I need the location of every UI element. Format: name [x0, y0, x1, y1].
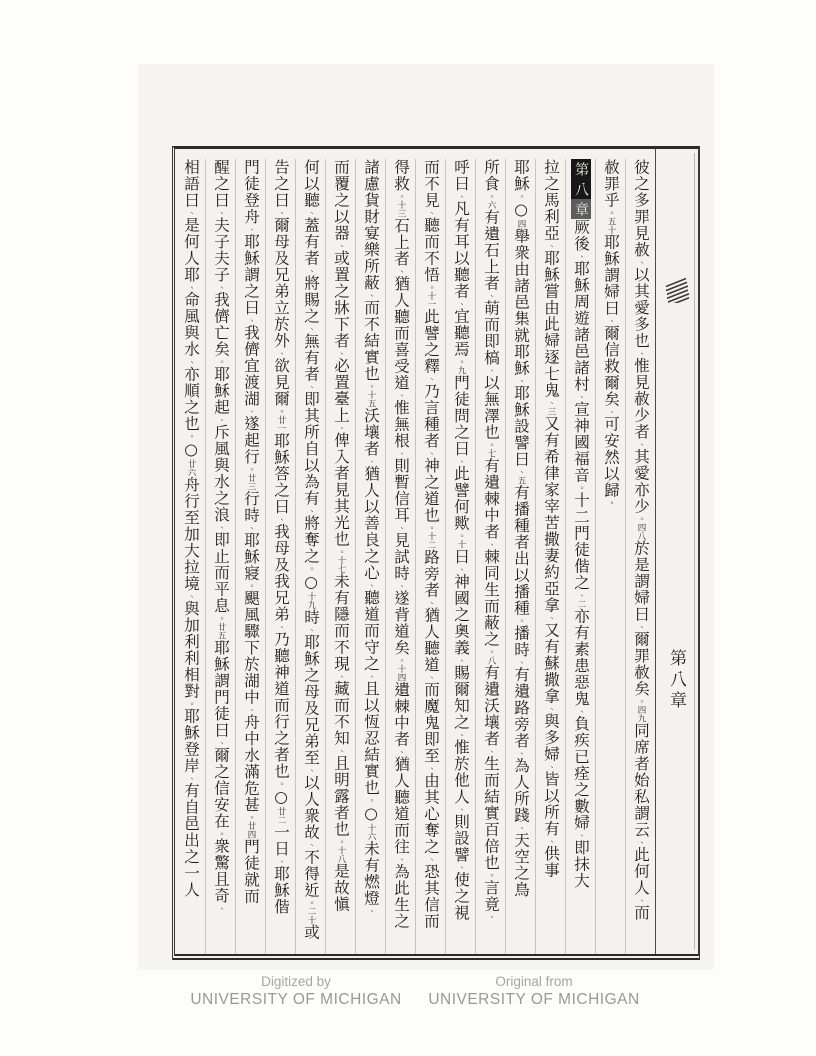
footer-original: Original from UNIVERSITY OF MICHIGAN — [414, 973, 654, 1009]
punctuation-mark: 、 — [516, 658, 526, 667]
right-margin-strip: 第八章 — [655, 149, 698, 954]
text-column: 門徒登舟、耶穌謂之曰、我儕宜渡湖、遂起行。廿三行時、耶穌寢。颶風驟下於湖中、舟中… — [235, 159, 265, 955]
punctuation-mark: 、 — [306, 841, 316, 850]
punctuation-mark: 、 — [216, 523, 226, 532]
punctuation-mark: 、 — [276, 209, 286, 218]
punctuation-mark: 。 — [396, 192, 406, 201]
verse-number: 五 — [516, 476, 526, 485]
punctuation-mark: 、 — [576, 252, 586, 261]
punctuation-mark: 、 — [456, 192, 466, 201]
footer-digitized: Digitized by UNIVERSITY OF MICHIGAN — [176, 973, 416, 1009]
hatch-mark-icon — [664, 277, 690, 307]
punctuation-mark: 、 — [336, 349, 346, 358]
punctuation-mark: 。 — [636, 697, 646, 706]
punctuation-mark: 、 — [366, 457, 376, 466]
punctuation-mark: 。 — [576, 484, 586, 493]
punctuation-mark: 。 — [456, 358, 466, 367]
verse-number: 十五 — [366, 391, 376, 408]
punctuation-mark: 、 — [216, 416, 226, 425]
punctuation-mark: 、 — [276, 857, 286, 866]
punctuation-mark: 、 — [546, 242, 556, 251]
punctuation-mark: 。 — [366, 796, 376, 805]
punctuation-mark: 、 — [546, 614, 556, 623]
punctuation-mark: 、 — [216, 904, 226, 913]
punctuation-mark: 。 — [216, 614, 226, 623]
punctuation-mark: 、 — [426, 449, 436, 458]
punctuation-mark: 、 — [396, 524, 406, 533]
punctuation-mark: 、 — [606, 317, 616, 326]
punctuation-mark: 、 — [396, 449, 406, 458]
punctuation-mark: 、 — [426, 673, 436, 682]
page-text-frame: 彼之多罪見赦、以其愛多也、惟見赦少者、其愛亦少。四八於是謂婦曰、爾罪赦矣。四九同… — [172, 146, 700, 960]
punctuation-mark: 、 — [426, 209, 436, 218]
punctuation-mark: 、 — [396, 855, 406, 864]
punctuation-mark: 、 — [426, 375, 436, 384]
text-column: 赦罪乎。五十耶穌謂婦曰、爾信救爾矣、可安然以歸。 — [595, 159, 625, 955]
text-column: 第八章厥後、耶穌周遊諸邑諸村、宣神國福音。十二門徒偕之、二亦有素患惡鬼、負疾已痊… — [565, 159, 595, 955]
punctuation-mark: 、 — [216, 739, 226, 748]
verse-number: 廿一 — [276, 416, 286, 433]
punctuation-mark: 。 — [276, 780, 286, 789]
punctuation-mark: 。 — [336, 838, 346, 847]
punctuation-mark: 。 — [516, 617, 526, 626]
punctuation-mark: 、 — [636, 349, 646, 358]
punctuation-mark: 、 — [546, 837, 556, 846]
punctuation-mark: 、 — [336, 242, 346, 251]
punctuation-mark: 、 — [306, 325, 316, 334]
punctuation-mark: 、 — [366, 581, 376, 590]
punctuation-mark: 。 — [186, 432, 196, 441]
punctuation-mark: 。 — [306, 899, 316, 908]
verse-number: 五十 — [606, 217, 616, 234]
punctuation-mark: 、 — [246, 407, 256, 416]
punctuation-mark: 。 — [426, 283, 436, 292]
chapter-heading-inverted: 八 — [571, 179, 591, 199]
punctuation-mark: 、 — [606, 408, 616, 417]
verse-number: 廿三 — [246, 474, 256, 491]
text-column: 拉之馬利亞、耶穌嘗由此婦逐七鬼、三又有希律家宰苦撒妻約亞拿、又有蘇撒拿、與多婦、… — [535, 159, 565, 955]
punctuation-mark: 、 — [366, 907, 376, 916]
punctuation-mark: 。 — [456, 532, 466, 541]
punctuation-mark: 、 — [636, 440, 646, 449]
punctuation-mark: 。 — [486, 871, 496, 880]
verse-number: 廿六 — [186, 460, 196, 477]
punctuation-mark: 、 — [396, 748, 406, 757]
punctuation-mark: 。 — [186, 700, 196, 709]
punctuation-mark: 、 — [516, 468, 526, 477]
punctuation-mark: 、 — [456, 863, 466, 872]
punctuation-mark: 。 — [486, 192, 496, 201]
punctuation-mark: 、 — [636, 838, 646, 847]
verse-number: 四九 — [636, 706, 646, 723]
punctuation-mark: 、 — [546, 705, 556, 714]
punctuation-mark: 。 — [276, 407, 286, 416]
verse-number: 二 — [576, 600, 586, 609]
verse-number: 十四 — [396, 665, 406, 682]
punctuation-mark: 。 — [486, 648, 496, 657]
verse-number: 三 — [546, 407, 556, 416]
punctuation-mark: 、 — [636, 623, 646, 632]
punctuation-mark: 。 — [246, 465, 256, 474]
punctuation-mark: 、 — [186, 209, 196, 218]
text-block: 彼之多罪見赦、以其愛多也、惟見赦少者、其愛亦少。四八於是謂婦曰、爾罪赦矣。四九同… — [176, 159, 655, 955]
punctuation-mark: 、 — [246, 524, 256, 533]
text-column: 告之曰、爾母及兄弟立於外、欲見爾。廿一耶穌答之曰、我母及我兄弟、乃聽神道而行之者… — [265, 159, 295, 955]
punctuation-mark: 。 — [486, 441, 496, 450]
punctuation-mark: 、 — [186, 592, 196, 601]
punctuation-mark: 、 — [306, 209, 316, 218]
punctuation-mark: 、 — [486, 913, 496, 922]
verse-number: 廿五 — [216, 623, 226, 640]
punctuation-mark: 、 — [576, 393, 586, 402]
punctuation-mark: 、 — [426, 764, 436, 773]
verse-number: 六 — [486, 201, 496, 210]
punctuation-mark: 。 — [396, 656, 406, 665]
text-column: 而不見、聽而不悟。十一此譬之釋、乃言種者、神之道也。十二路旁者、猶人聽道、而魔鬼… — [415, 159, 445, 955]
punctuation-mark: 、 — [546, 399, 556, 408]
margin-chapter-label: 第八章 — [664, 649, 689, 712]
text-column: 所食。六有遺石上者、萌而即槁、以無澤也。七有遺棘中者、棘同生而蔽之。八有遺沃壤者… — [475, 159, 505, 955]
punctuation-mark: 。 — [216, 830, 226, 839]
punctuation-mark: 。 — [636, 515, 646, 524]
punctuation-mark: 、 — [276, 349, 286, 358]
punctuation-mark: 、 — [306, 383, 316, 392]
text-column: 諸慮貨財宴樂所蔽、而不結實也。十五沃壤者、猶人以善良之心、聽道而守之、且以恆忍結… — [355, 159, 385, 955]
text-column: 得救。十三石上者、猶人聽而喜受道、惟無根、則暫信耳、見試時、遂背道矣。十四遺棘中… — [385, 159, 415, 955]
punctuation-mark: 、 — [306, 626, 316, 635]
punctuation-mark: 、 — [636, 896, 646, 905]
punctuation-mark: 、 — [246, 225, 256, 234]
verse-number: 十三 — [396, 201, 406, 218]
punctuation-mark: 、 — [516, 824, 526, 833]
punctuation-mark: 。 — [336, 548, 346, 557]
punctuation-mark: 、 — [456, 731, 466, 740]
punctuation-mark: 、 — [456, 300, 466, 309]
footer-digitized-by: Digitized by — [176, 973, 416, 990]
punctuation-mark: 、 — [216, 283, 226, 292]
punctuation-mark: 、 — [576, 591, 586, 600]
punctuation-mark: 、 — [456, 805, 466, 814]
verse-number: 二十 — [306, 907, 316, 924]
verse-number: 八 — [486, 656, 496, 665]
text-column: 醒之曰、夫子夫子、我儕亡矣。耶穌起、斥風與水之浪、即止而平息。廿五耶穌謂門徒曰、… — [205, 159, 235, 955]
punctuation-mark: 、 — [246, 316, 256, 325]
punctuation-mark: 、 — [186, 774, 196, 783]
punctuation-mark: 、 — [306, 766, 316, 775]
text-column: 彼之多罪見赦、以其愛多也、惟見赦少者、其愛亦少。四八於是謂婦曰、爾罪赦矣。四九同… — [625, 159, 655, 955]
punctuation-mark: 、 — [576, 831, 586, 840]
verse-number: 十六 — [366, 824, 376, 841]
punctuation-mark: 。 — [516, 192, 526, 201]
verse-number: 十二 — [426, 532, 436, 549]
punctuation-mark: 、 — [576, 707, 586, 716]
punctuation-mark: 、 — [426, 855, 436, 864]
punctuation-mark: 。 — [606, 499, 616, 508]
verse-number: 廿四 — [246, 822, 256, 839]
punctuation-mark: 、 — [396, 267, 406, 276]
punctuation-mark: 。 — [246, 813, 256, 822]
punctuation-mark: 、 — [486, 747, 496, 756]
chapter-heading-inverted: 第 — [571, 159, 591, 179]
punctuation-mark: 。 — [216, 358, 226, 367]
punctuation-mark: 、 — [336, 747, 346, 756]
punctuation-mark: 、 — [426, 599, 436, 608]
verse-number: 廿二 — [276, 807, 286, 824]
punctuation-mark: 、 — [216, 209, 226, 218]
punctuation-mark: 、 — [186, 283, 196, 292]
punctuation-mark: 。 — [306, 565, 316, 574]
verse-number: 七 — [486, 449, 496, 458]
punctuation-mark: 、 — [276, 623, 286, 632]
text-column: 相語曰、是何人耶、命風與水、亦順之也。○廿六舟行至加大拉境、與加利利相對。耶穌登… — [176, 159, 205, 955]
punctuation-mark: 、 — [366, 291, 376, 300]
punctuation-mark: 、 — [486, 540, 496, 549]
chapter-heading-inverted: 章 — [571, 199, 591, 219]
punctuation-mark: 、 — [456, 565, 466, 574]
verse-number: 十一 — [426, 292, 436, 309]
punctuation-mark: 、 — [516, 377, 526, 386]
punctuation-mark: 、 — [636, 258, 646, 267]
text-column: 呼曰、凡有耳以聽者、宜聽焉。九門徒問之曰、此譬何歟。十曰、神國之奧義、賜爾知之、… — [445, 159, 475, 955]
punctuation-mark: 、 — [396, 391, 406, 400]
punctuation-mark: 、 — [336, 672, 346, 681]
verse-number: 十八 — [336, 846, 346, 863]
punctuation-mark: 、 — [336, 424, 346, 433]
punctuation-mark: 、 — [516, 749, 526, 758]
punctuation-mark: 、 — [186, 358, 196, 367]
text-column: 耶穌。○四舉衆由諸邑集就耶穌、耶穌設譬曰、五有播種者出以播種。播時、有遺路旁者、… — [505, 159, 535, 955]
punctuation-mark: 、 — [546, 763, 556, 772]
punctuation-mark: 。 — [366, 382, 376, 391]
punctuation-mark: 。 — [426, 524, 436, 533]
verse-number: 十 — [456, 540, 466, 549]
punctuation-mark: 、 — [396, 582, 406, 591]
punctuation-mark: 、 — [456, 457, 466, 466]
punctuation-mark: 、 — [456, 656, 466, 665]
verse-number: 九 — [456, 366, 466, 375]
punctuation-mark: 、 — [486, 366, 496, 375]
verse-number: 四 — [516, 220, 526, 229]
punctuation-mark: 。 — [246, 582, 256, 591]
footer-digitized-org: UNIVERSITY OF MICHIGAN — [176, 990, 416, 1009]
verse-number: 十九 — [306, 592, 316, 609]
punctuation-mark: 。 — [606, 209, 616, 218]
punctuation-mark: 、 — [306, 267, 316, 276]
verse-number: 十七 — [336, 556, 346, 573]
punctuation-mark: 、 — [486, 292, 496, 301]
punctuation-mark: 、 — [276, 515, 286, 524]
footer-original-org: UNIVERSITY OF MICHIGAN — [414, 990, 654, 1009]
verse-number: 四八 — [636, 523, 646, 540]
punctuation-mark: 、 — [246, 706, 256, 715]
text-column: 何以聽、蓋有者、將賜之、無有者、即其所自以為有、將奪之。○十九時、耶穌之母及兄弟… — [295, 159, 325, 955]
footer-original-from: Original from — [414, 973, 654, 990]
punctuation-mark: 、 — [306, 507, 316, 516]
text-column: 而覆之以器、或置之牀下者、必置臺上、俾入者見其光也。十七未有隱而不現、藏而不知、… — [325, 159, 355, 955]
punctuation-mark: 、 — [366, 672, 376, 681]
